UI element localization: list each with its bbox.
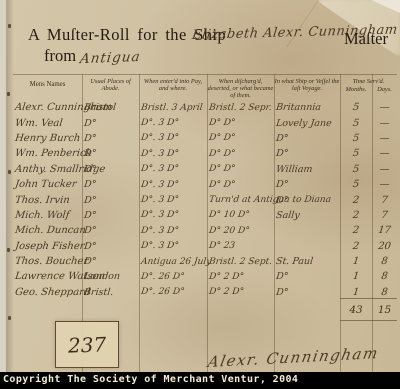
col-header-names: Mens Names	[13, 77, 82, 100]
cell-discharged: D° 20 D°	[206, 226, 274, 236]
cell-days: 8	[371, 287, 397, 298]
cell-discharged: D° D°	[206, 133, 274, 143]
cell-name: Thos. Boucher	[12, 256, 82, 267]
cell-entered: D°. 3 D°	[138, 149, 207, 159]
cell-entered: D°. 3 D°	[138, 164, 207, 174]
cell-discharged: D° 2 D°	[206, 287, 274, 297]
cell-abode: D°	[81, 133, 139, 144]
cell-days: —	[371, 179, 397, 190]
cell-entered: D°. 3 D°	[138, 195, 207, 205]
table-row: Thos. BoucherD°Antigua 26 JulyBristl. 2 …	[13, 254, 397, 269]
binding-speck	[7, 248, 10, 252]
cell-months: 2	[339, 225, 372, 236]
cell-name: Wm. Veal	[12, 118, 82, 129]
cell-abode: D°	[81, 148, 139, 159]
totals-box: 43 15	[340, 298, 397, 321]
col-header-abode: Usual Places of Abode.	[82, 77, 139, 100]
total-months: 43	[340, 304, 372, 316]
cell-ship: D°	[273, 287, 340, 298]
cell-months: 1	[339, 287, 372, 298]
cell-days: —	[371, 118, 397, 129]
cell-name: Thos. Irvin	[12, 195, 82, 206]
cell-discharged: D° D°	[206, 149, 274, 159]
copyright-bar: Copyright The Society of Merchant Ventur…	[0, 372, 400, 389]
cell-ship: St. Paul	[273, 256, 340, 267]
cell-discharged: D° 10 D°	[206, 210, 274, 220]
cell-months: 5	[339, 148, 372, 159]
cell-entered: D°. 3 D°	[138, 226, 207, 236]
cell-days: 7	[371, 195, 397, 206]
cell-name: Lawrence Watson	[12, 271, 82, 282]
cell-days: —	[371, 102, 397, 113]
binding-speck	[8, 316, 11, 320]
port-handwritten: Antigua	[79, 49, 142, 67]
cell-days: 17	[371, 225, 397, 236]
col-header-discharged: When diſcharg'd, deserted, or what becam…	[207, 77, 274, 100]
cell-entered: D°. 26 D°	[138, 287, 207, 297]
cell-ship: D°	[273, 271, 340, 282]
cell-ship: William	[273, 164, 340, 175]
cell-entered: D°. 26 D°	[138, 272, 207, 282]
cell-months: 2	[339, 241, 372, 252]
cell-entered: D°. 3 D°	[138, 133, 207, 143]
cell-months: 5	[339, 179, 372, 190]
cell-discharged: D° D°	[206, 180, 274, 190]
cell-abode: D°	[81, 195, 139, 206]
cell-name: Geo. Sheppard	[12, 287, 82, 298]
cell-name: Joseph Fisher	[12, 241, 82, 252]
cell-name: Henry Burch	[12, 133, 82, 144]
binding-speck	[7, 92, 10, 96]
from-label: from	[44, 46, 76, 66]
days-label: Days.	[372, 86, 397, 93]
cell-abode: Bristl.	[81, 287, 139, 298]
archive-stamp: 237	[55, 321, 119, 368]
table-row: Thos. IrvinD°D°. 3 D°Turn'd at Antigua t…	[13, 192, 397, 207]
cell-months: 5	[339, 102, 372, 113]
col-header-lastship: In what Ship or Veſſel the laſt Voyage.	[274, 77, 340, 100]
cell-name: John Tucker	[12, 179, 82, 190]
cell-months: 5	[339, 133, 372, 144]
table-row: Henry BurchD°D°. 3 D°D° D°D°5—	[13, 131, 397, 146]
copyright-text: Copyright The Society of Merchant Ventur…	[3, 374, 298, 385]
cell-entered: Bristl. 3 April	[138, 103, 207, 113]
muster-roll-document: A Muſter-Roll for the Ship Elizabeth Ale…	[0, 0, 400, 389]
months-label: Months.	[340, 86, 372, 93]
time-served-label: Time Serv'd.	[340, 78, 397, 85]
cell-name: Mich. Duncan	[12, 225, 82, 236]
cell-entered: D°. 3 D°	[138, 118, 207, 128]
cell-abode: London	[81, 271, 139, 282]
cell-name: Mich. Wolf	[12, 210, 82, 221]
cell-entered: Antigua 26 July	[138, 257, 207, 267]
cell-discharged: Bristl. 2 Sept.	[206, 257, 274, 267]
table-row: Mich. WolfD°D°. 3 D°D° 10 D°Sally27	[13, 208, 397, 223]
cell-months: 2	[339, 210, 372, 221]
cell-discharged: D° 23	[206, 241, 274, 251]
stamp-number: 237	[67, 332, 106, 357]
cell-abode: Bristol	[81, 102, 139, 113]
cell-entered: D°. 3 D°	[138, 210, 207, 220]
cell-months: 2	[339, 195, 372, 206]
cell-entered: D°. 3 D°	[138, 241, 207, 251]
cell-name: Anthy. Smallridge	[12, 164, 82, 175]
cell-abode: D°	[81, 241, 139, 252]
cell-abode: D°	[81, 225, 139, 236]
cell-discharged: D° 2 D°	[206, 272, 274, 282]
cell-entered: D°. 3 D°	[138, 180, 207, 190]
cell-months: 5	[339, 164, 372, 175]
cell-days: 20	[371, 241, 397, 252]
cell-name: Alexr. Cunningham	[12, 102, 82, 113]
cell-days: 8	[371, 271, 397, 282]
cell-days: 8	[371, 256, 397, 267]
cell-ship: Sally	[273, 210, 340, 221]
cell-discharged: D° D°	[206, 118, 274, 128]
cell-abode: D°	[81, 118, 139, 129]
table-row: Anthy. SmallridgeD°D°. 3 D°D° D°William5…	[13, 162, 397, 177]
cell-name: Wm. Penberick	[12, 148, 82, 159]
cell-ship: Lovely Jane	[273, 118, 340, 129]
cell-months: 1	[339, 256, 372, 267]
cell-days: —	[371, 133, 397, 144]
cell-ship: D°	[273, 148, 340, 159]
cell-discharged: D° D°	[206, 164, 274, 174]
table-row: Wm. VealD°D°. 3 D°D° D°Lovely Jane5—	[13, 115, 397, 130]
cell-discharged: Bristl. 2 Sepr.	[206, 103, 274, 113]
cell-abode: D°	[81, 164, 139, 175]
cell-discharged: Turn'd at Antigua to Diana	[206, 195, 274, 205]
cell-abode: D°	[81, 256, 139, 267]
cell-days: —	[371, 148, 397, 159]
cell-months: 1	[339, 271, 372, 282]
master-label: Maſter	[344, 29, 388, 49]
cell-ship: D°	[273, 195, 340, 206]
total-days: 15	[372, 304, 397, 316]
col-header-entered: When enter'd into Pay, and where.	[139, 77, 207, 100]
binding-speck	[8, 24, 11, 28]
col-header-timeserved: Time Serv'd. Months. Days.	[340, 77, 397, 100]
cell-ship: Britannia	[273, 102, 340, 113]
cell-abode: D°	[81, 179, 139, 190]
cell-days: —	[371, 164, 397, 175]
cell-ship: D°	[273, 179, 340, 190]
cell-abode: D°	[81, 210, 139, 221]
binding-speck	[8, 170, 11, 174]
cell-days: 7	[371, 210, 397, 221]
cell-months: 5	[339, 118, 372, 129]
cell-ship: D°	[273, 133, 340, 144]
